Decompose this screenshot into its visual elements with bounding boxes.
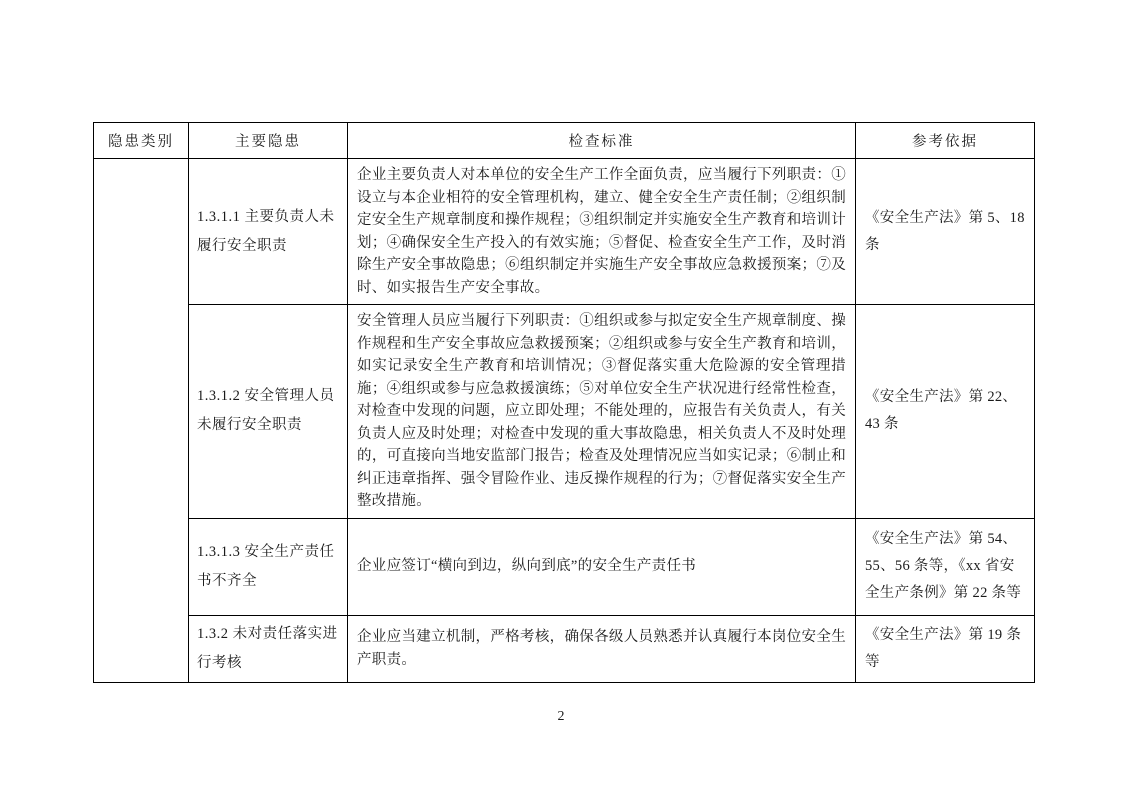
inspection-standard-cell: 企业应当建立机制，严格考核，确保各级人员熟悉并认真履行本岗位安全生产职责。 [348, 615, 856, 682]
reference-basis-cell: 《安全生产法》第 22、43 条 [856, 305, 1035, 519]
table-header-row: 隐患类别 主要隐患 检查标准 参考依据 [94, 123, 1035, 159]
header-inspection-standard: 检查标准 [348, 123, 856, 159]
main-hazard-cell: 1.3.2 未对责任落实进行考核 [189, 615, 348, 682]
table-row: 1.3.2 未对责任落实进行考核 企业应当建立机制，严格考核，确保各级人员熟悉并… [94, 615, 1035, 682]
main-hazard-cell: 1.3.1.3 安全生产责任书不齐全 [189, 518, 348, 615]
reference-basis-cell: 《安全生产法》第 19 条等 [856, 615, 1035, 682]
inspection-standard-cell: 企业应签订“横向到边，纵向到底”的安全生产责任书 [348, 518, 856, 615]
reference-basis-cell: 《安全生产法》第 5、18 条 [856, 159, 1035, 305]
table-row: 1.3.1.3 安全生产责任书不齐全 企业应签订“横向到边，纵向到底”的安全生产… [94, 518, 1035, 615]
header-hazard-category: 隐患类别 [94, 123, 189, 159]
reference-basis-cell: 《安全生产法》第 54、55、56 条等，《xx 省安全生产条例》第 22 条等 [856, 518, 1035, 615]
table-row: 1.3.1.1 主要负责人未履行安全职责 企业主要负责人对本单位的安全生产工作全… [94, 159, 1035, 305]
document-page: 隐患类别 主要隐患 检查标准 参考依据 1.3.1.1 主要负责人未履行安全职责… [0, 0, 1122, 793]
inspection-standard-cell: 安全管理人员应当履行下列职责：①组织或参与拟定安全生产规章制度、操作规程和生产安… [348, 305, 856, 519]
main-hazard-cell: 1.3.1.1 主要负责人未履行安全职责 [189, 159, 348, 305]
hazard-category-cell [94, 159, 189, 683]
header-reference-basis: 参考依据 [856, 123, 1035, 159]
header-main-hazard: 主要隐患 [189, 123, 348, 159]
hazard-inspection-table: 隐患类别 主要隐患 检查标准 参考依据 1.3.1.1 主要负责人未履行安全职责… [93, 122, 1035, 683]
page-number: 2 [0, 709, 1122, 725]
main-hazard-cell: 1.3.1.2 安全管理人员未履行安全职责 [189, 305, 348, 519]
table-row: 1.3.1.2 安全管理人员未履行安全职责 安全管理人员应当履行下列职责：①组织… [94, 305, 1035, 519]
inspection-standard-cell: 企业主要负责人对本单位的安全生产工作全面负责，应当履行下列职责：①设立与本企业相… [348, 159, 856, 305]
